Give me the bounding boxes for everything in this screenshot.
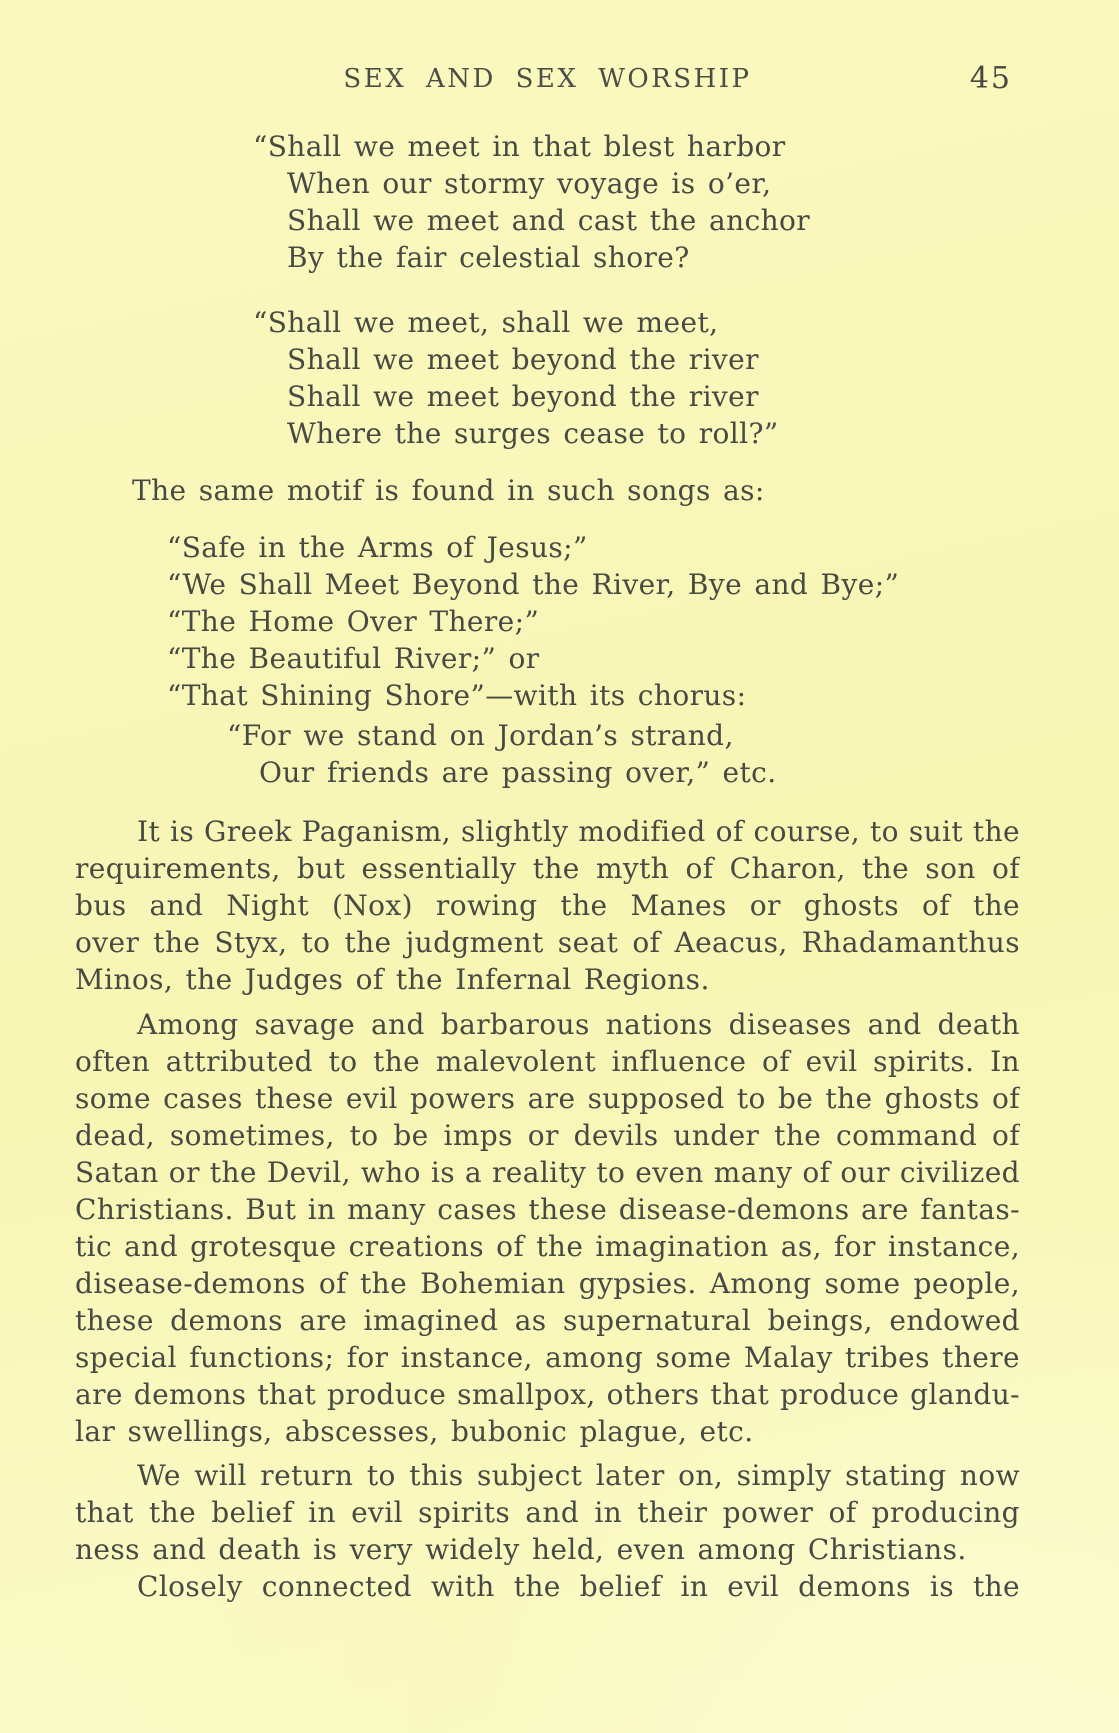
paragraph-greek-paganism: It is Greek Paganism, slightly modified … bbox=[75, 813, 1020, 998]
paragraph-line: often attributed to the malevolent influ… bbox=[75, 1043, 1020, 1080]
intro-line: The same motif is found in such songs as… bbox=[75, 472, 1020, 509]
verse-line: “Shall we meet in that blest harbor bbox=[287, 128, 1020, 165]
verse-line: Shall we meet beyond the river bbox=[287, 378, 1020, 415]
paragraph-line: We will return to this subject later on,… bbox=[75, 1457, 1020, 1494]
paragraph-closely-connected: Closely connected with the belief in evi… bbox=[75, 1568, 1020, 1605]
song-title-line: “The Home Over There;” bbox=[167, 603, 1020, 640]
song-title-line: “The Beautiful River;” or bbox=[167, 640, 1020, 677]
paragraph-line: special functions; for instance, among s… bbox=[75, 1339, 1020, 1376]
chorus-block: “For we stand on Jordan’s strand, Our fr… bbox=[75, 717, 1020, 791]
paragraph-line: these demons are imagined as supernatura… bbox=[75, 1302, 1020, 1339]
verse-stanza-1: “Shall we meet in that blest harbor When… bbox=[287, 128, 1020, 276]
page-header: SEX AND SEX WORSHIP 45 bbox=[75, 64, 1020, 94]
verse-line: “Shall we meet, shall we meet, bbox=[287, 304, 1020, 341]
verse-line: When our stormy voyage is o’er, bbox=[287, 165, 1020, 202]
running-title: SEX AND SEX WORSHIP bbox=[343, 64, 751, 94]
verse-stanza-2: “Shall we meet, shall we meet, Shall we … bbox=[287, 304, 1020, 452]
paragraph-line: dead, sometimes, to be imps or devils un… bbox=[75, 1117, 1020, 1154]
song-title-line: “Safe in the Arms of Jesus;” bbox=[167, 529, 1020, 566]
paragraph-return-later: We will return to this subject later on,… bbox=[75, 1457, 1020, 1568]
paragraph-line: requirements, but essentially the myth o… bbox=[75, 850, 1020, 887]
paragraph-line: Minos, the Judges of the Infernal Region… bbox=[75, 961, 1020, 998]
paragraph-evil-spirits: Among savage and barbarous nations disea… bbox=[75, 1006, 1020, 1450]
verse-line: Shall we meet beyond the river bbox=[287, 341, 1020, 378]
paragraph-line: bus and Night (Nox) rowing the Manes or … bbox=[75, 887, 1020, 924]
paragraph-line: tic and grotesque creations of the imagi… bbox=[75, 1228, 1020, 1265]
paragraph-line: Among savage and barbarous nations disea… bbox=[75, 1006, 1020, 1043]
verse-line: By the fair celestial shore? bbox=[287, 239, 1020, 276]
chorus-line: “For we stand on Jordan’s strand, bbox=[227, 717, 1020, 754]
paragraph-line: Closely connected with the belief in evi… bbox=[75, 1568, 1020, 1605]
paragraph-line: are demons that produce smallpox, others… bbox=[75, 1376, 1020, 1413]
book-page: SEX AND SEX WORSHIP 45 “Shall we meet in… bbox=[0, 0, 1119, 1733]
paragraph-line: It is Greek Paganism, slightly modified … bbox=[75, 813, 1020, 850]
chorus-line: Our friends are passing over,” etc. bbox=[259, 754, 1020, 791]
song-title-line: “That Shining Shore”—with its chorus: bbox=[167, 677, 1020, 714]
verse-line: Shall we meet and cast the anchor bbox=[287, 202, 1020, 239]
paragraph-line: ness and death is very widely held, even… bbox=[75, 1531, 1020, 1568]
paragraph-line: Christians. But in many cases these dise… bbox=[75, 1191, 1020, 1228]
page-number: 45 bbox=[970, 61, 1012, 96]
paragraph-line: disease-demons of the Bohemian gypsies. … bbox=[75, 1265, 1020, 1302]
song-title-line: “We Shall Meet Beyond the River, Bye and… bbox=[167, 566, 1020, 603]
song-list: “Safe in the Arms of Jesus;” “We Shall M… bbox=[167, 529, 1020, 714]
paragraph-line: lar swellings, abscesses, bubonic plague… bbox=[75, 1413, 1020, 1450]
verse-line: Where the surges cease to roll?” bbox=[287, 415, 1020, 452]
paragraph-line: over the Styx, to the judgment seat of A… bbox=[75, 924, 1020, 961]
paragraph-line: that the belief in evil spirits and in t… bbox=[75, 1494, 1020, 1531]
paragraph-line: Satan or the Devil, who is a reality to … bbox=[75, 1154, 1020, 1191]
paragraph-line: some cases these evil powers are suppose… bbox=[75, 1080, 1020, 1117]
